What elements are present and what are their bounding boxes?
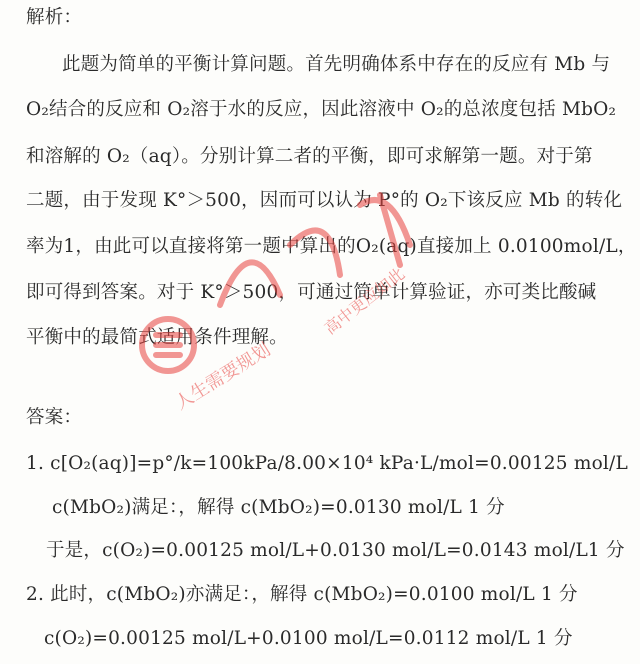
- answer-line-5: c(O₂)=0.00125 mol/L+0.0100 mol/L=0.0112 …: [44, 627, 573, 651]
- watermark-slogan-1: 人生需要规划: [172, 339, 275, 414]
- analysis-line-2: O₂结合的反应和 O₂溶于水的反应，因此溶液中 O₂的总浓度包括 MbO₂: [26, 98, 616, 122]
- answer-line-4: 2. 此时，c(MbO₂)亦满足：，解得 c(MbO₂)=0.0100 mol/…: [26, 583, 578, 607]
- answer-line-2: c(MbO₂)满足：，解得 c(MbO₂)=0.0130 mol/L 1 分: [52, 496, 505, 520]
- analysis-line-3: 和溶解的 O₂（aq）。分别计算二者的平衡，即可求解第一题。对于第: [26, 145, 593, 169]
- analysis-line-1: 此题为简单的平衡计算问题。首先明确体系中存在的反应有 Mb 与: [62, 53, 610, 77]
- answer-line-1: 1. c[O₂(aq)]=p°/k=100kPa/8.00×10⁴ kPa·L/…: [26, 452, 628, 476]
- analysis-line-6: 即可得到答案。对于 K°＞500，可通过简单计算验证，亦可类比酸碱: [26, 281, 596, 305]
- document-page: 解析： 此题为简单的平衡计算问题。首先明确体系中存在的反应有 Mb 与 O₂结合…: [0, 0, 640, 664]
- analysis-line-4: 二题，由于发现 K°＞500，因而可以认为 P°的 O₂下该反应 Mb 的转化: [26, 189, 622, 213]
- answer-line-3: 于是，c(O₂)=0.00125 mol/L+0.0130 mol/L=0.01…: [46, 539, 625, 563]
- analysis-heading: 解析：: [26, 6, 82, 30]
- answer-heading: 答案：: [26, 406, 82, 430]
- analysis-line-7: 平衡中的最简式适用条件理解。: [26, 326, 288, 350]
- analysis-line-5: 率为1，由此可以直接将第一题中算出的O₂(aq)直接加上 0.0100mol/L…: [26, 235, 637, 259]
